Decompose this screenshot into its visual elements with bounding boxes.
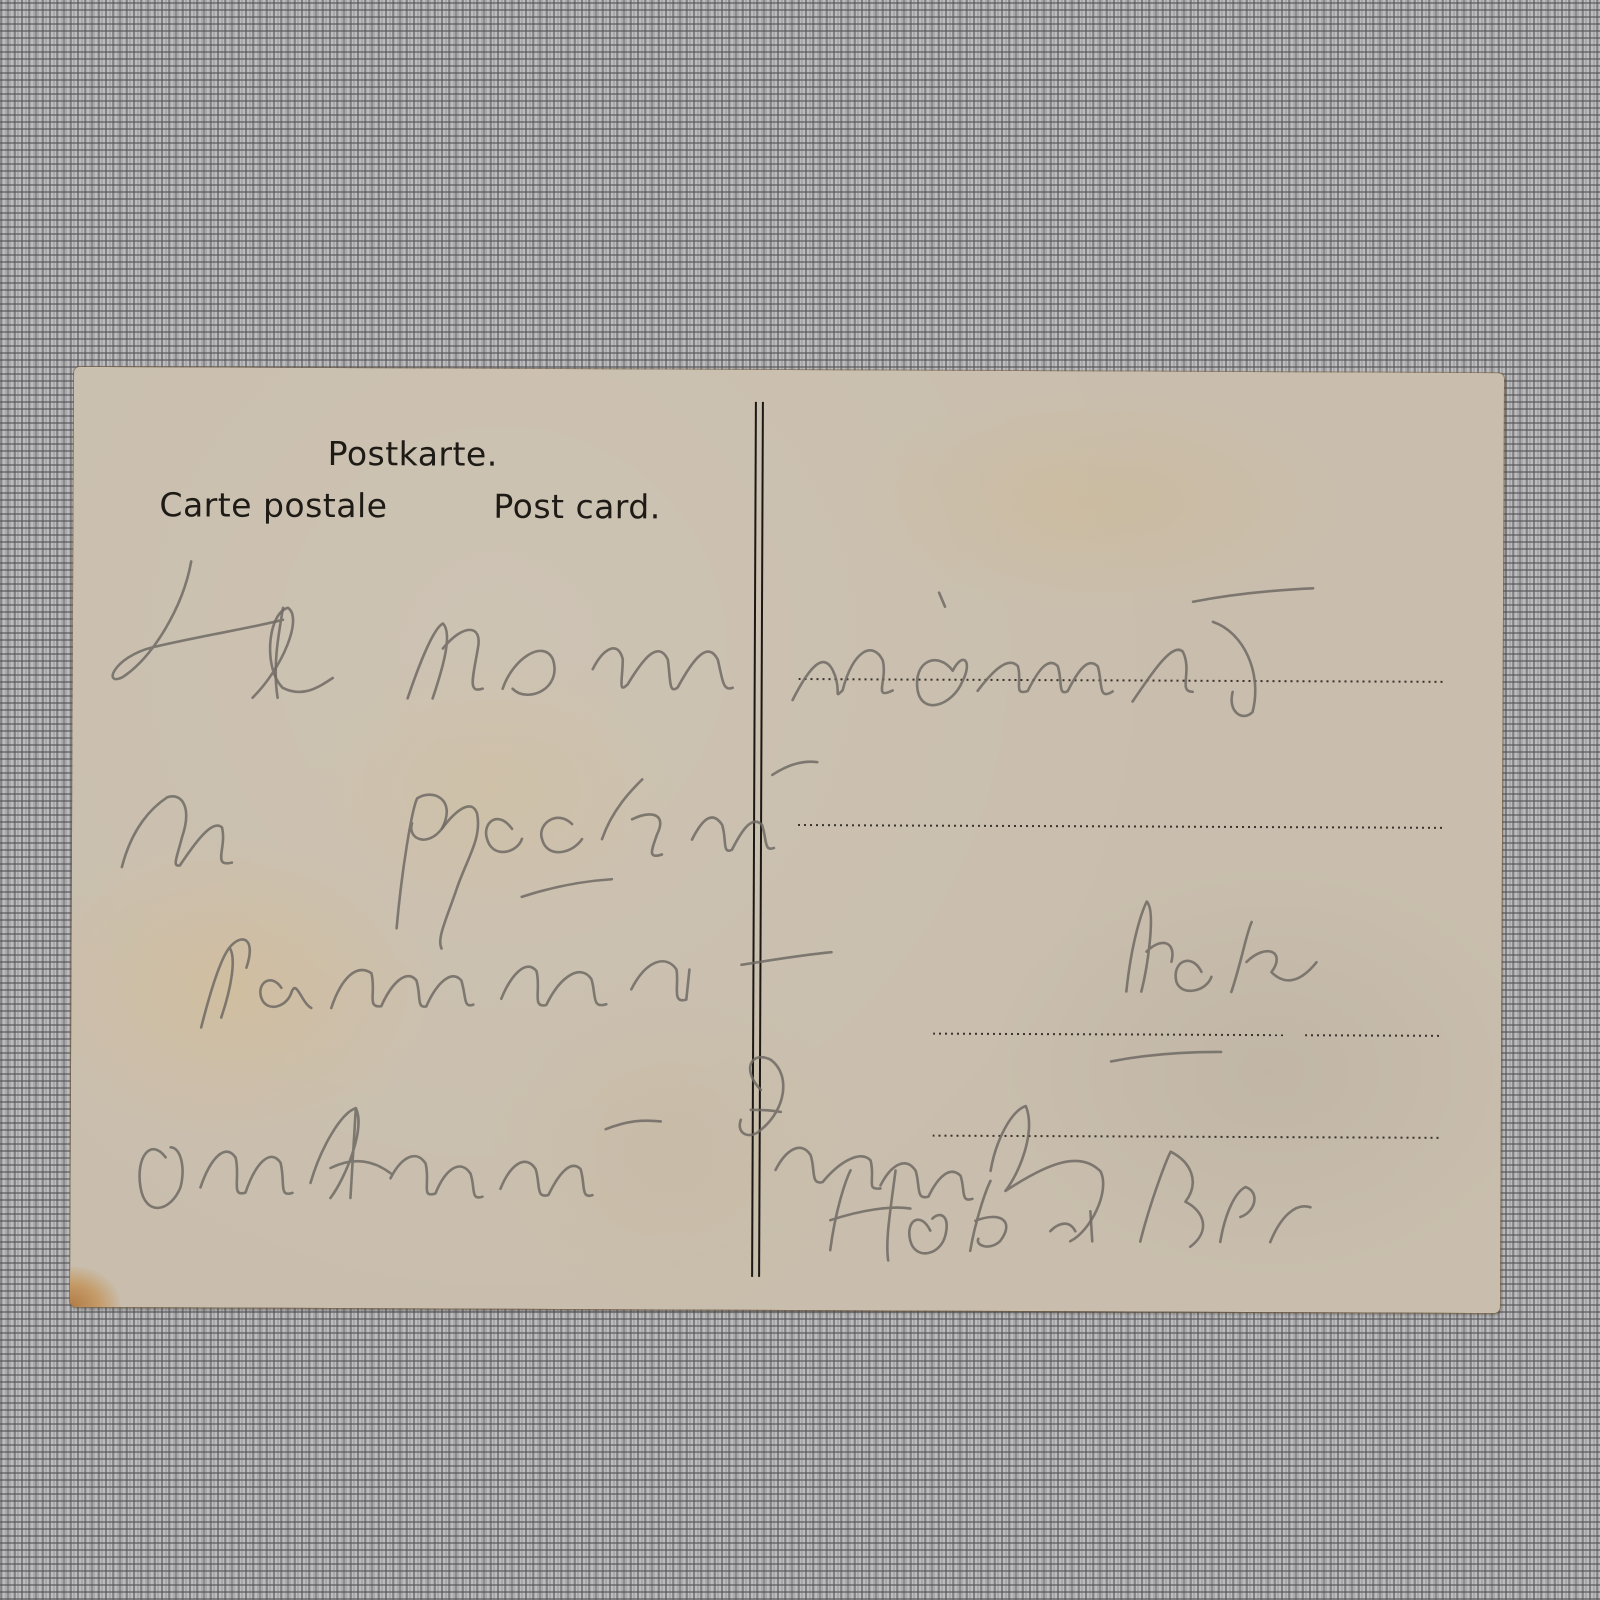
address-line-2 [798,824,1443,829]
printed-english-label: Post card. [493,487,660,527]
divider-line-left [751,402,757,1277]
address-line-3b [1305,1034,1442,1037]
handwriting-transcript: Не понимаешь по русски понимаешь вот сви… [74,367,75,368]
printed-title: Postkarte. [328,434,498,474]
address-line-1 [799,678,1444,683]
postcard: Postkarte. Carte postale Post card. [70,367,1504,1313]
address-line-4 [933,1135,1442,1139]
printed-french-label: Carte postale [159,485,387,525]
worn-corner [70,1267,120,1307]
address-line-3a [933,1033,1285,1037]
handwriting-line-1: Не понимаешь [74,367,75,368]
divider-line-right [758,402,764,1277]
